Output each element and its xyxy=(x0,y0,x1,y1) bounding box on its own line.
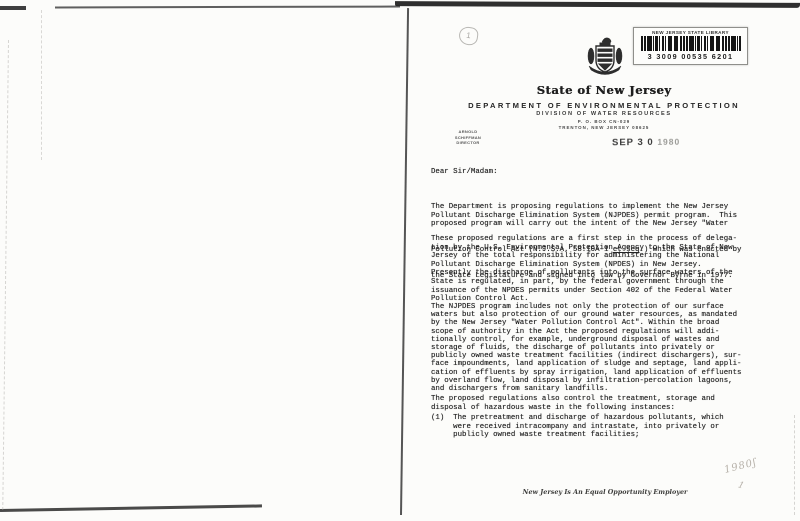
library-barcode-label: NEW JERSEY STATE LIBRARY 3 3009 00535 62… xyxy=(633,27,748,65)
left-page-fold-line-a xyxy=(41,10,42,160)
letterhead-department: DEPARTMENT OF ENVIRONMENTAL PROTECTION xyxy=(454,101,754,110)
barcode-bars-icon xyxy=(641,36,741,51)
barcode-number: 3 3009 00535 6201 xyxy=(648,52,734,61)
letterhead-po-box: P. O. BOX CN-029 xyxy=(454,119,754,124)
bottom-edge-line xyxy=(0,504,262,511)
top-edge-corner-mark xyxy=(0,6,26,10)
director-block: ARNOLD SCHIFFMAN DIRECTOR xyxy=(448,129,488,146)
paragraph-1-lines: The Department is proposing regulations … xyxy=(431,203,751,229)
paragraph-2: These proposed regulations are a first s… xyxy=(431,235,751,304)
salutation: Dear Sir/Madam: xyxy=(431,168,751,177)
letterhead-state-name: State of New Jersey xyxy=(454,83,754,97)
paragraph-4: The proposed regulations also control th… xyxy=(431,395,751,412)
pencil-note: 1980ʃ xyxy=(723,457,758,476)
page-spine-line xyxy=(400,8,409,515)
top-edge-line-left xyxy=(55,6,400,8)
director-name: ARNOLD SCHIFFMAN xyxy=(448,129,488,140)
right-page-edge-line xyxy=(794,415,795,515)
received-date-stamp: SEP 3 0 1980 xyxy=(612,137,680,149)
letterhead-division: DIVISION OF WATER RESOURCES xyxy=(454,111,754,117)
director-title: DIRECTOR xyxy=(448,140,488,146)
left-page-fold-line-b xyxy=(2,40,9,510)
pencil-note-secondary: 1 xyxy=(737,480,746,491)
date-stamp-year: 1980 xyxy=(657,137,680,147)
circled-page-number: 1 xyxy=(458,26,479,46)
paragraph-3: The NJPDES program includes not only the… xyxy=(431,303,751,393)
barcode-title: NEW JERSEY STATE LIBRARY xyxy=(652,30,729,35)
date-stamp-text: SEP 3 0 xyxy=(612,137,654,148)
letterhead-city: TRENTON, NEW JERSEY 08625 xyxy=(454,125,754,130)
footer-motto: New Jersey Is An Equal Opportunity Emplo… xyxy=(505,488,705,496)
list-item-1: (1) The pretreatment and discharge of ha… xyxy=(431,414,751,440)
scanned-letter-page: 1 NEW JERSEY STATE LIBRARY 3 3009 00535 … xyxy=(0,0,800,521)
top-edge-line-right xyxy=(395,1,800,7)
nj-state-seal-icon xyxy=(585,36,625,81)
